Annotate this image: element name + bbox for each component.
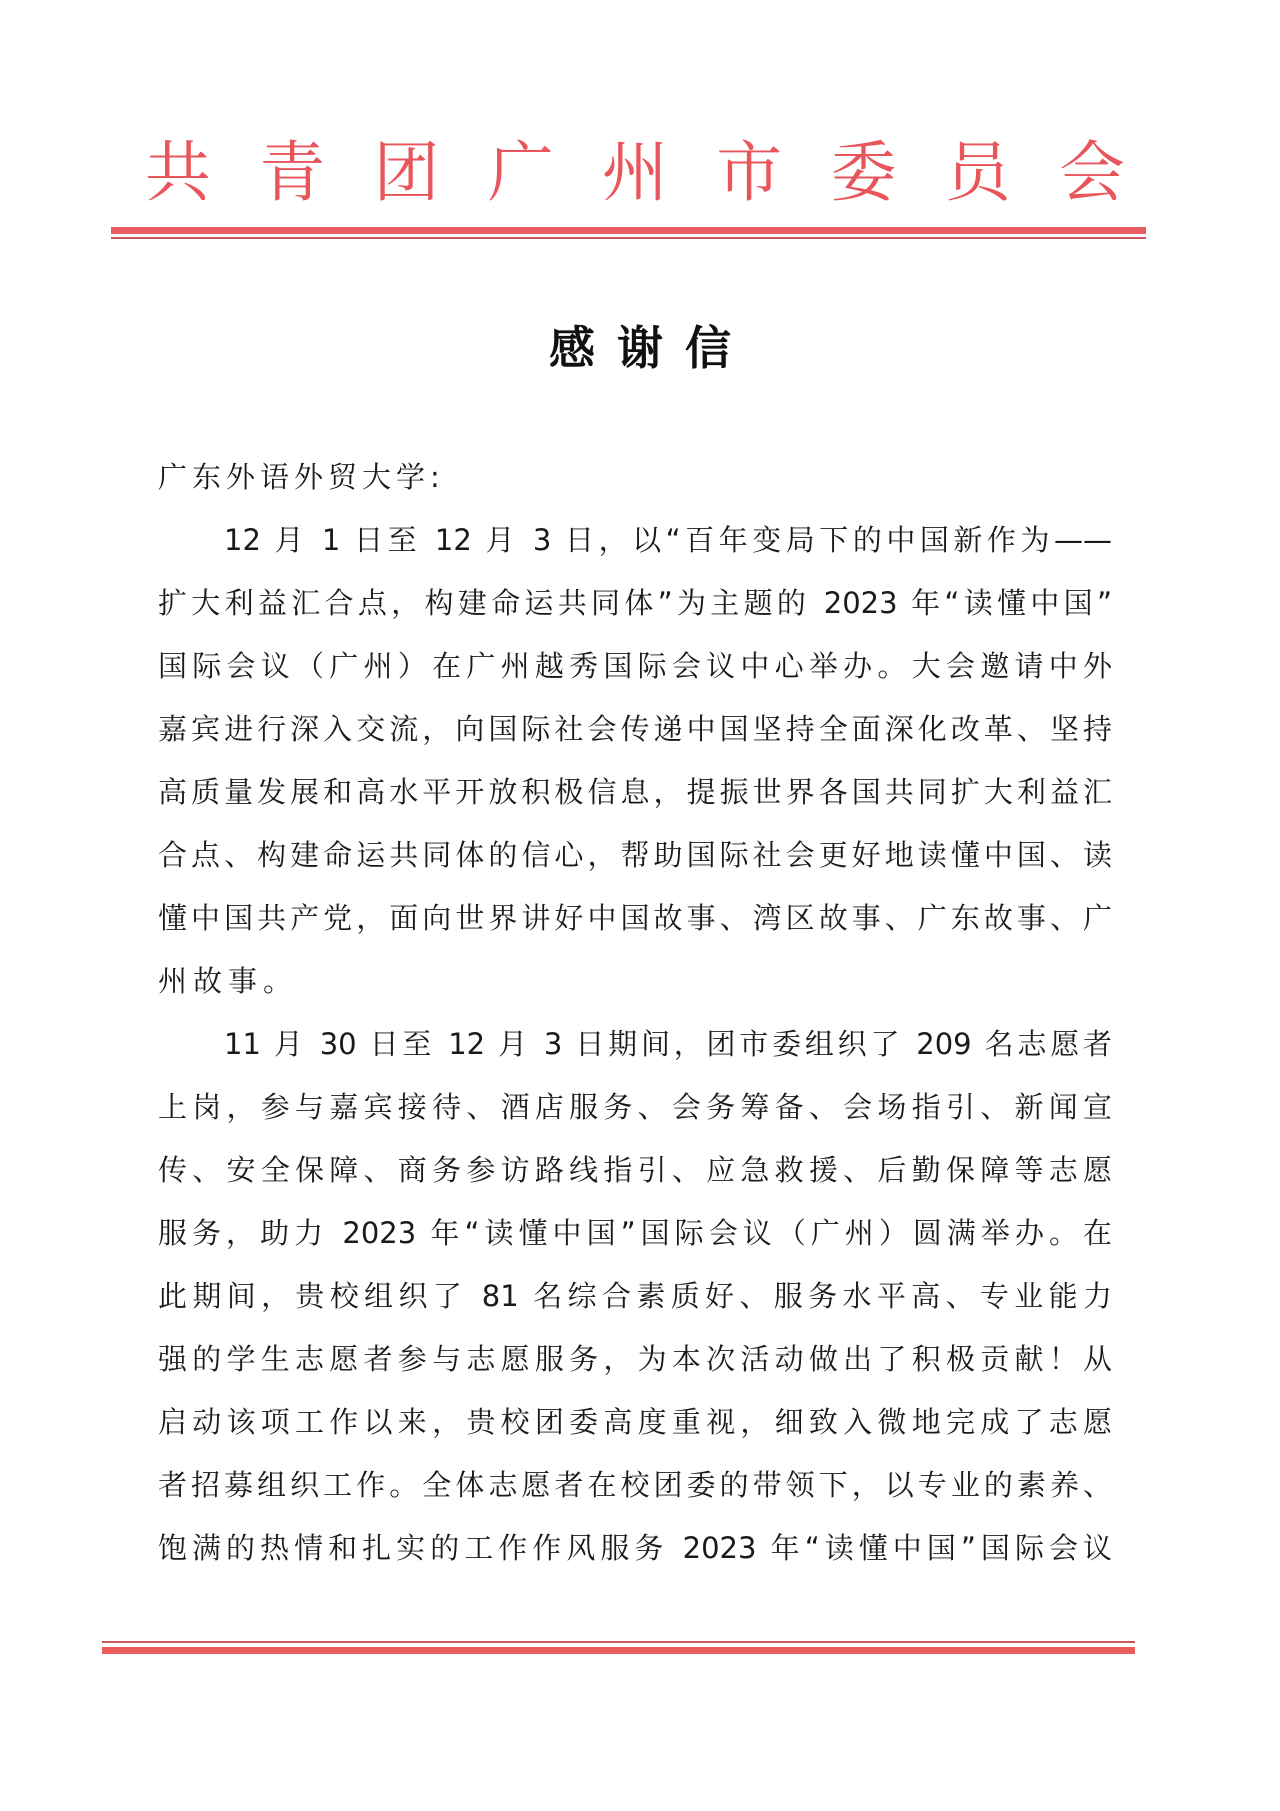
paragraph-line: 此期间，贵校组织了 81 名综合素质好、服务水平高、专业能力: [158, 1265, 1112, 1328]
paragraph-line: 12 月 1 日至 12 月 3 日，以“百年变局下的中国新作为——: [158, 509, 1112, 572]
header-rule-thin: [111, 237, 1146, 239]
paragraph-2: 11 月 30 日至 12 月 3 日期间，团市委组织了 209 名志愿者 上岗…: [158, 1013, 1112, 1580]
letterhead-char: 员: [940, 133, 1016, 213]
paragraph-line: 者招募组织工作。全体志愿者在校团委的带领下，以专业的素养、: [158, 1454, 1112, 1517]
paragraph-1: 12 月 1 日至 12 月 3 日，以“百年变局下的中国新作为—— 扩大利益汇…: [158, 509, 1112, 1013]
letter-body: 广东外语外贸大学: 12 月 1 日至 12 月 3 日，以“百年变局下的中国新…: [158, 446, 1112, 1580]
paragraph-line: 上岗，参与嘉宾接待、酒店服务、会务筹备、会场指引、新闻宣: [158, 1076, 1112, 1139]
salutation: 广东外语外贸大学:: [158, 446, 1112, 509]
letterhead-char: 州: [597, 133, 673, 213]
letterhead-char: 会: [1054, 133, 1130, 213]
paragraph-line: 懂中国共产党，面向世界讲好中国故事、湾区故事、广东故事、广: [158, 887, 1112, 950]
paragraph-line: 合点、构建命运共同体的信心，帮助国际社会更好地读懂中国、读: [158, 824, 1112, 887]
letterhead-char: 委: [826, 133, 902, 213]
header-rule-thick: [111, 227, 1146, 234]
paragraph-line: 饱满的热情和扎实的工作作风服务 2023 年“读懂中国”国际会议: [158, 1517, 1112, 1580]
letterhead-char: 团: [369, 133, 445, 213]
document-title: 感谢信: [0, 318, 1280, 378]
letterhead-char: 广: [483, 133, 559, 213]
footer-rule-thin: [102, 1641, 1135, 1643]
letterhead-char: 市: [711, 133, 787, 213]
paragraph-line: 扩大利益汇合点，构建命运共同体”为主题的 2023 年“读懂中国”: [158, 572, 1112, 635]
paragraph-line: 州故事。: [158, 950, 1112, 1013]
document-page: 共 青 团 广 州 市 委 员 会 感谢信 广东外语外贸大学: 12 月 1 日…: [0, 0, 1280, 1811]
paragraph-line: 高质量发展和高水平开放积极信息，提振世界各国共同扩大利益汇: [158, 761, 1112, 824]
paragraph-line: 国际会议（广州）在广州越秀国际会议中心举办。大会邀请中外: [158, 635, 1112, 698]
paragraph-line: 11 月 30 日至 12 月 3 日期间，团市委组织了 209 名志愿者: [158, 1013, 1112, 1076]
paragraph-line: 服务，助力 2023 年“读懂中国”国际会议（广州）圆满举办。在: [158, 1202, 1112, 1265]
paragraph-line: 启动该项工作以来，贵校团委高度重视，细致入微地完成了志愿: [158, 1391, 1112, 1454]
letterhead: 共 青 团 广 州 市 委 员 会: [140, 128, 1130, 218]
letterhead-char: 共: [140, 133, 216, 213]
paragraph-line: 传、安全保障、商务参访路线指引、应急救援、后勤保障等志愿: [158, 1139, 1112, 1202]
letterhead-char: 青: [254, 133, 330, 213]
paragraph-line: 强的学生志愿者参与志愿服务，为本次活动做出了积极贡献！从: [158, 1328, 1112, 1391]
footer-rule-thick: [102, 1647, 1135, 1654]
paragraph-line: 嘉宾进行深入交流，向国际社会传递中国坚持全面深化改革、坚持: [158, 698, 1112, 761]
